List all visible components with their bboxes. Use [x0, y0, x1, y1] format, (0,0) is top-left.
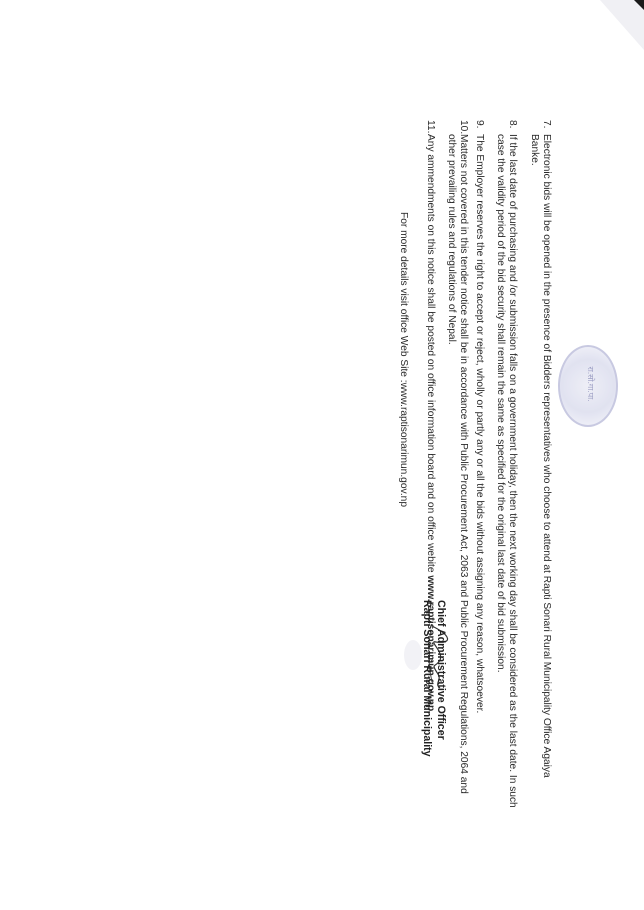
notice-item-7: 7. Electronic bids will be opened in the… — [528, 120, 552, 810]
notice-item-10: 10. Matters not covered in this tender n… — [445, 120, 469, 810]
notice-item-8: 8. If the last date of purchasing and /o… — [494, 120, 518, 810]
footer-website-note: For more details visit office Web Site :… — [398, 212, 409, 507]
item-number: 8. — [494, 120, 518, 134]
seal-text: रा.सो.गा.पा. — [585, 345, 596, 423]
item-text: If the last date of purchasing and /or s… — [494, 134, 518, 810]
item-text: The Employer reserves the right to accep… — [473, 134, 485, 810]
signatory-organization: Rapti Sonari Rural Municipality — [420, 600, 434, 770]
item-text: Electronic bids will be opened in the pr… — [528, 134, 552, 810]
item-text: Matters not covered in this tender notic… — [445, 134, 469, 810]
notice-item-9: 9. The Employer reserves the right to ac… — [473, 120, 485, 810]
item-number: 10. — [445, 120, 469, 134]
item-number: 11. — [424, 120, 436, 134]
signatory-title: Chief Administrative Officer — [434, 600, 448, 770]
signature-block: Chief Administrative Officer Rapti Sonar… — [420, 600, 448, 770]
item-number: 7. — [528, 120, 552, 134]
item-text-body: Any ammendments on this notice shall be … — [425, 134, 436, 575]
item-number: 9. — [473, 120, 485, 134]
rotated-document-page: रा.सो.गा.पा. 7. Electronic bids will be … — [0, 0, 644, 910]
